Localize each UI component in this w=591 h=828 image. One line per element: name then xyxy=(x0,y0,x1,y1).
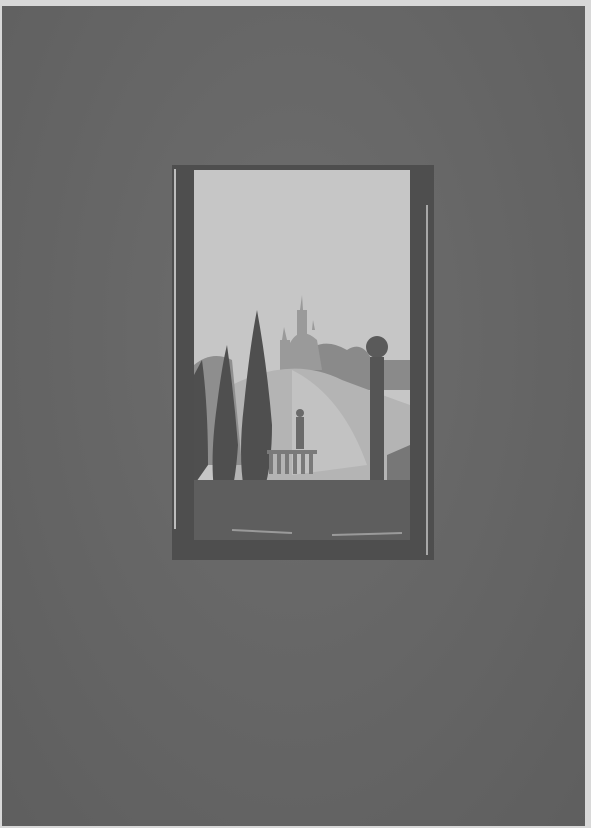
painting-window-view xyxy=(172,165,434,560)
painting-illustration xyxy=(172,165,434,560)
terrace-foreground xyxy=(194,480,410,540)
statue xyxy=(296,409,304,449)
